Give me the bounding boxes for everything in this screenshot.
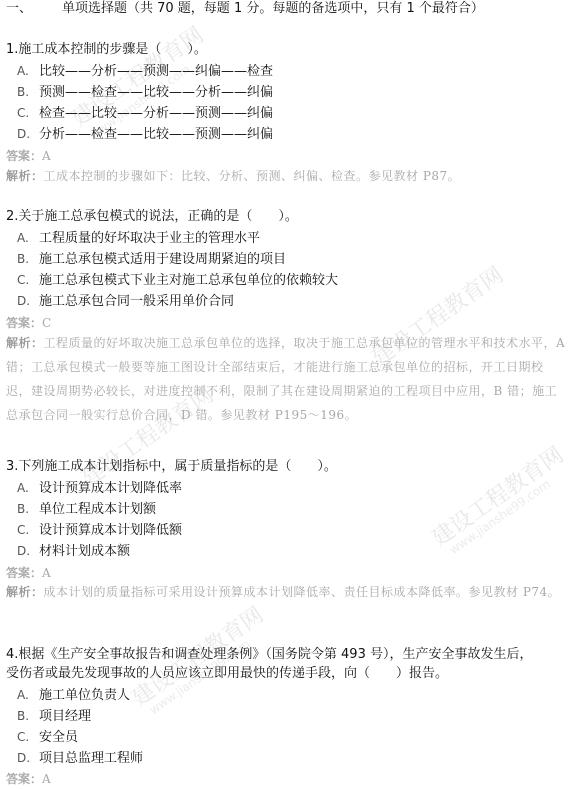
option-c: C.检查——比较——分析——预测——纠偏 (17, 105, 273, 122)
option-d: D.项目总监理工程师 (17, 750, 143, 767)
watermark-url: www.jianshe99.com (447, 477, 553, 557)
explanation: 解析：工程质量的好坏取决施工总承包单位的选择，取决于施工总承包单位的管理水平和技… (6, 331, 566, 427)
option-b: B.项目经理 (17, 708, 91, 725)
question-stem: 1.施工成本控制的步骤是（ ）。 (6, 42, 207, 58)
answer: 答案：A (6, 771, 51, 787)
explanation: 解析：成本计划的质量指标可采用设计预算成本计划降低率、责任目标成本降低率。参见教… (6, 580, 566, 604)
question-stem: 2.关于施工总承包模式的说法，正确的是（ ）。 (6, 209, 298, 225)
option-b: B.施工总承包模式适用于建设周期紧迫的项目 (17, 251, 286, 268)
option-b: B.单位工程成本计划额 (17, 501, 156, 518)
option-a: A.施工单位负责人 (17, 687, 130, 704)
option-a: A.设计预算成本计划降低率 (17, 480, 182, 497)
answer: 答案：C (6, 315, 51, 331)
option-b: B.预测——检查——比较——分析——纠偏 (17, 84, 273, 101)
question-stem: 3.下列施工成本计划指标中，属于质量指标的是（ ）。 (6, 459, 337, 475)
option-d: D.分析——检查——比较——预测——纠偏 (17, 126, 273, 143)
watermark: 建设工程教育网 (425, 439, 569, 553)
explanation: 解析：工成本控制的步骤如下：比较、分析、预测、纠偏、检查。参见教材 P87。 (6, 164, 566, 188)
option-d: D.材料计划成本额 (17, 543, 130, 560)
answer: 答案：A (6, 565, 51, 581)
exam-page: 建设工程教育网 www.jianshe99.com 建设工程教育网 建设工程教育… (0, 0, 571, 789)
option-c: C.安全员 (17, 729, 78, 746)
question-stem-cont: 受伤者或最先发现事故的人员应该立即用最快的传递手段，向（ ）报告。 (6, 666, 448, 682)
option-d: D.施工总承包合同一般采用单价合同 (17, 293, 234, 310)
option-c: C.施工总承包模式下业主对施工总承包单位的依赖较大 (17, 272, 338, 289)
option-a: A.比较——分析——预测——纠偏——检查 (17, 63, 273, 80)
section-title-text: 单项选择题（共 70 题，每题 1 分。每题的备选项中，只有 1 个最符合） (62, 1, 484, 16)
option-a: A.工程质量的好坏取决于业主的管理水平 (17, 230, 260, 247)
question-stem: 4.根据《生产安全事故报告和调查处理条例》（国务院令第 493 号），生产安全事… (6, 647, 532, 663)
section-number: 一、 (6, 1, 62, 17)
answer: 答案：A (6, 148, 51, 164)
option-c: C.设计预算成本计划降低额 (17, 522, 182, 539)
section-title: 一、单项选择题（共 70 题，每题 1 分。每题的备选项中，只有 1 个最符合） (6, 1, 484, 17)
